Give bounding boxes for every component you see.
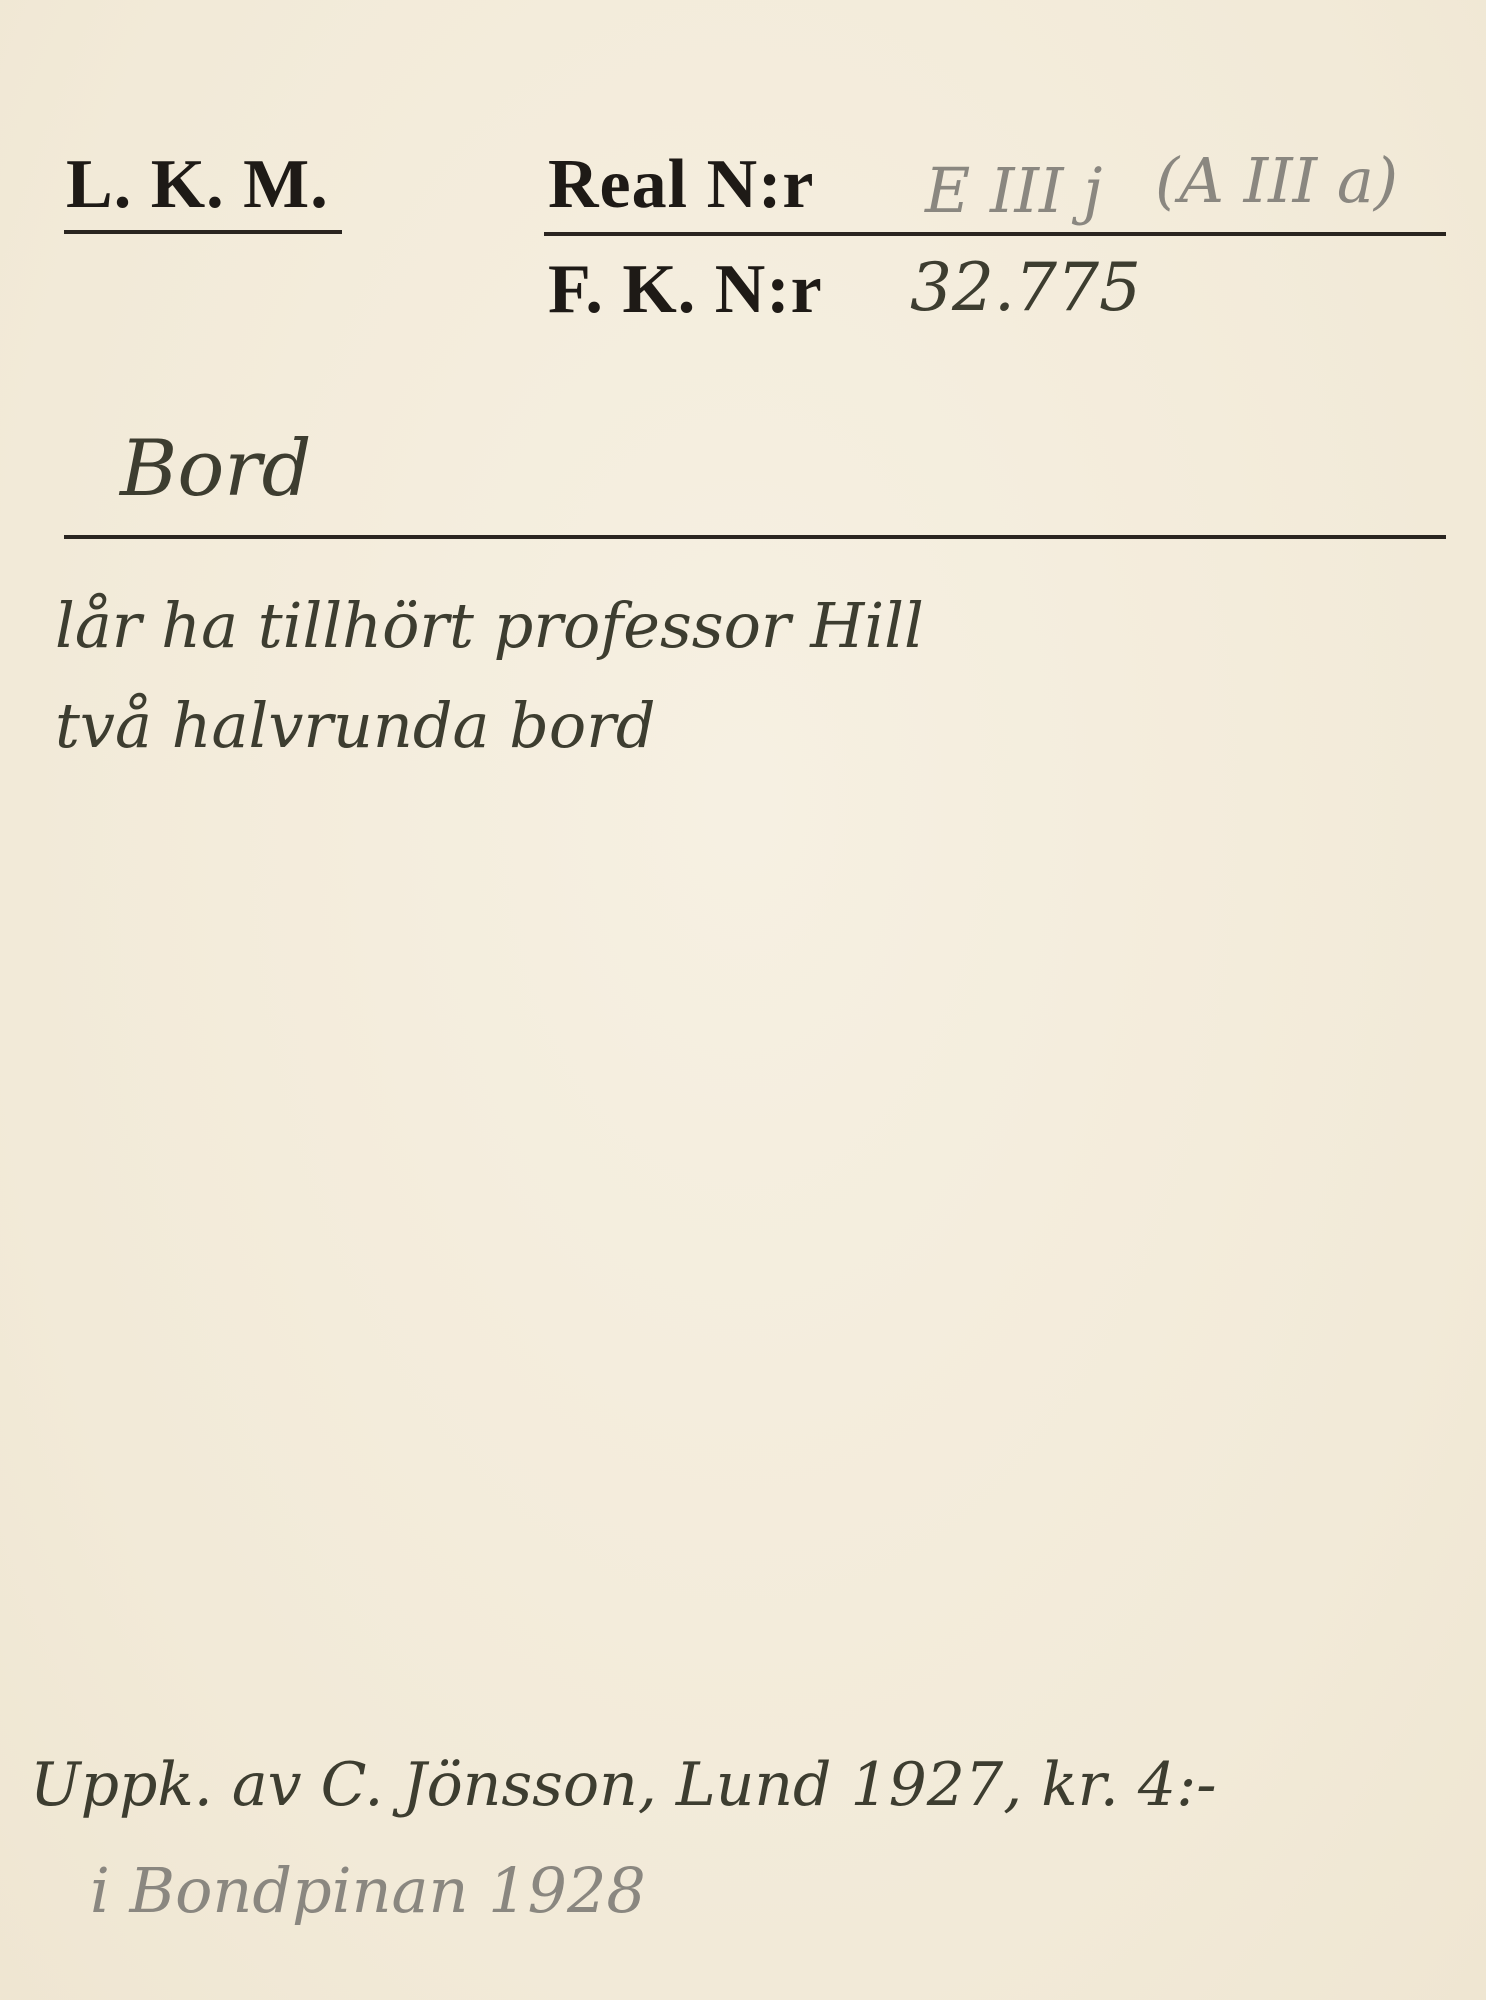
real-nr-value: E III j (925, 160, 1102, 222)
location-note: i Bondpinan 1928 (90, 1860, 646, 1922)
institution-underline (64, 230, 342, 234)
real-nr-alt-value: (A III a) (1155, 150, 1398, 212)
fk-nr-value: 32.775 (910, 255, 1141, 321)
real-nr-label: Real N:r (548, 150, 815, 220)
title-divider (64, 535, 1446, 539)
header-divider (544, 232, 1446, 236)
description-line-2: två halvrunda bord (55, 695, 656, 757)
description-line-1: lår ha tillhört professor Hill (55, 595, 924, 657)
acquisition-note: Uppk. av C. Jönsson, Lund 1927, kr. 4:- (30, 1755, 1217, 1815)
institution-label: L. K. M. (66, 150, 329, 220)
object-title: Bord (120, 430, 312, 508)
fk-nr-label: F. K. N:r (548, 255, 823, 325)
archive-card: L. K. M. Real N:r E III j (A III a) F. K… (0, 0, 1486, 2000)
